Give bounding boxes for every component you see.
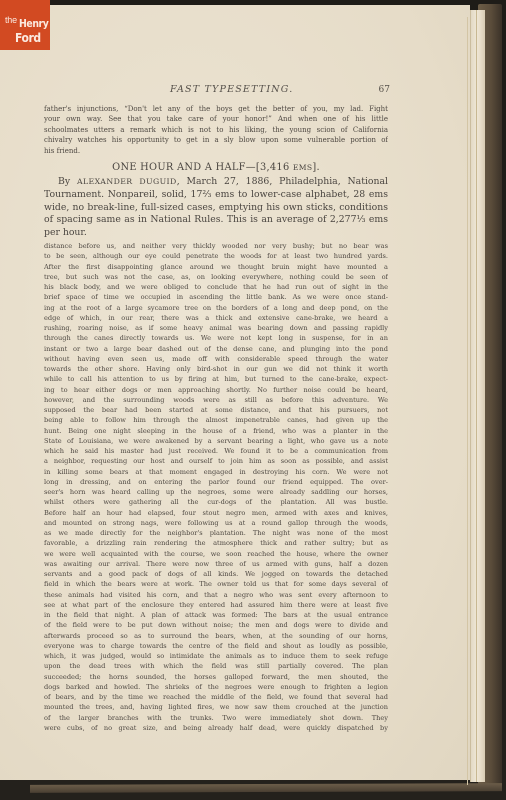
byline-prefix: By [58,176,77,187]
body-line: upon the dead trees with which the field… [44,661,388,671]
body-line: State of Louisiana, we were awakened by … [44,436,388,446]
logo-henry: Henry [19,17,48,30]
body-line: instant or two a large bear dashed out o… [44,344,388,354]
body-line: which he said his master had just receiv… [44,446,388,456]
body-line: his black body, and we were obliged to c… [44,282,388,292]
body-line: long in dressing, and on entering the pa… [44,477,388,487]
body-line: while to call his attention to us by fir… [44,374,388,384]
body-line: to be seen, although our eye could penet… [44,251,388,261]
intro-line: your own way. See that you take care of … [44,114,388,124]
intro-line: father's injunctions, “Don't let any of … [44,104,388,114]
page-stack-edge [470,10,485,782]
body-line: ing to hear either dogs or men approachi… [44,385,388,395]
running-title: FAST TYPESETTING. [170,84,293,95]
body-line: ing at the root of a large sycamore tree… [44,303,388,313]
body-line: brief space of time we occupied in ascen… [44,292,388,302]
body-line: towards the other shore. Having only bir… [44,364,388,374]
body-line: seer's horn was heard calling up the neg… [44,487,388,497]
intro-line: schoolmates utters a remark which is not… [44,125,388,135]
body-line: servants and a good pack of dogs of all … [44,569,388,579]
body-line: however, and the surrounding woods were … [44,395,388,405]
record-description: By Alexander Duguid, March 27, 1886, Phi… [44,176,388,240]
record-line: Tournament. Nonpareil, solid, 17⅔ ems to… [44,189,388,202]
heading-unit: EMS [293,163,312,172]
body-line: whilst others were gathering all the cur… [44,497,388,507]
running-head: FAST TYPESETTING. 67 [40,84,390,98]
body-line: distance before us, and neither very thi… [44,241,388,251]
body-line: mounted the trees, and, having lighted f… [44,702,388,712]
body-line: in killing some bears at that moment eng… [44,467,388,477]
body-line: in the field that night. A plan of attac… [44,610,388,620]
body-line: field in which the bears were at work. T… [44,579,388,589]
logo-the: the [5,15,17,25]
byline-line: By Alexander Duguid, March 27, 1886, Phi… [44,176,388,189]
record-line: wide, no break-line, full-sized cases, e… [44,202,388,215]
body-line: favorable, a drizzling rain rendering th… [44,538,388,548]
body-line: which, it was judged, would so intimidat… [44,651,388,661]
body-line: and mounted on strong nags, were followi… [44,518,388,528]
henry-ford-logo: the Henry Ford [0,0,50,50]
intro-line: chivalry watches his opportunity to get … [44,135,388,145]
body-line: was awaiting our arrival. There were now… [44,559,388,569]
body-line: rushing, roaring noise, as if some heavy… [44,323,388,333]
body-line: we were well acquainted with the course,… [44,549,388,559]
body-line: being able to follow him through the alm… [44,415,388,425]
body-line: as we made directly for the neighbor's p… [44,528,388,538]
page-number: 67 [379,85,390,95]
body-line: hunt. Being one night sleeping in the ho… [44,426,388,436]
body-line: edge of which, in our rear, there was a … [44,313,388,323]
body-line: see at what part of the enclosure they e… [44,600,388,610]
body-line: succeeded; the horns sounded, the horses… [44,672,388,682]
body-line: supposed the bear had been started at so… [44,405,388,415]
body-line: dogs barked and howled. The shrieks of t… [44,682,388,692]
byline-rest: , March 27, 1886, Philadelphia, National [177,176,388,187]
page-fold-line [467,17,468,785]
section-heading: ONE HOUR AND A HALF—[3,416 EMS]. [44,162,388,173]
logo-ford: Ford [15,31,41,45]
body-line: of the larger branches with the trunks. … [44,713,388,723]
book-board-bottom-edge [30,783,502,793]
body-line: without having even seen us, made off wi… [44,354,388,364]
body-line: afterwards proceed so as to surround the… [44,631,388,641]
body-line: these animals had visited his corn, and … [44,590,388,600]
body-line: Before half an hour had elapsed, four st… [44,508,388,518]
body-line: were cubs, of no great size, and being a… [44,723,388,733]
body-line: a neighbor, requesting our host and ours… [44,456,388,466]
body-line: tree, but such was not the case, as, on … [44,272,388,282]
body-line: everyone was to charge towards the centr… [44,641,388,651]
body-line: After the first disappointing glance aro… [44,262,388,272]
book-page: FAST TYPESETTING. 67 father's injunction… [0,5,470,780]
body-line: of the field were to be put down without… [44,620,388,630]
record-line: of spacing same as in National Rules. Th… [44,214,388,227]
heading-main: ONE HOUR AND A HALF—[3,416 [112,162,293,173]
intro-line: his friend. [44,146,388,156]
body-text: distance before us, and neither very thi… [44,241,388,733]
byline-name: Alexander Duguid [77,177,177,186]
intro-paragraph: father's injunctions, “Don't let any of … [44,104,388,156]
body-line: through the canes directly towards us. W… [44,333,388,343]
heading-end: ]. [312,162,320,173]
record-line: per hour. [44,227,388,240]
body-line: of bears, and by the time we reached the… [44,692,388,702]
